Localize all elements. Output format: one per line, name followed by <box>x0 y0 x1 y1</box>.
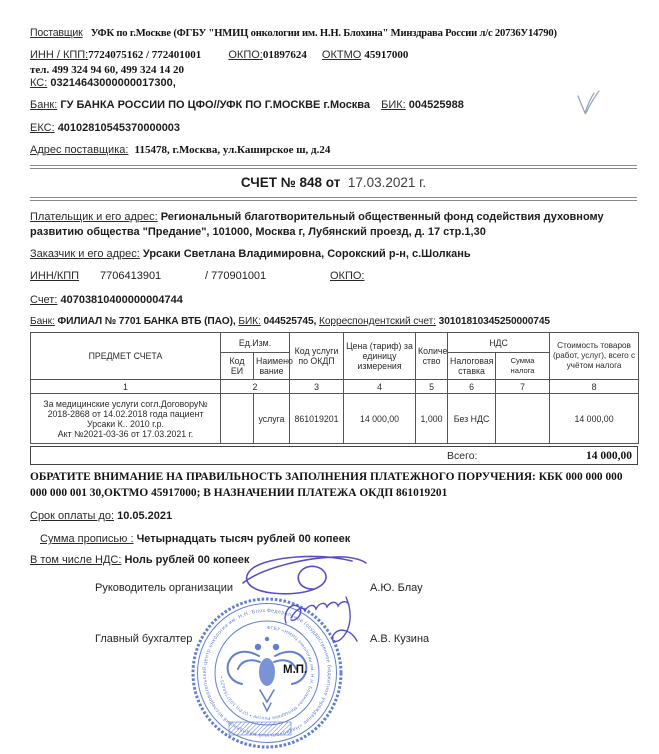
due-date-line: Срок оплаты до: 10.05.2021 <box>30 509 637 523</box>
payer-bank-label: Банк: <box>30 316 55 327</box>
supplier-okpo-label: ОКПО: <box>228 49 262 61</box>
row-subject: За медицинские услуги согл.Договору№ 201… <box>31 394 221 444</box>
payer-account-label: Счет: <box>30 294 57 306</box>
table-row: За медицинские услуги согл.Договору№ 201… <box>31 394 639 444</box>
divider-top <box>30 165 637 169</box>
col-qty-header: Количе ство <box>416 333 448 380</box>
payer-corr-label: Корреспондентский счет: <box>319 316 436 327</box>
customer-line: Заказчик и его адрес: Урсаки Светлана Вл… <box>30 247 637 262</box>
col-cost-header: Стоимость товаров (работ, услуг), всего … <box>550 333 639 380</box>
col-service-code-header: Код услуги по ОКДП <box>290 333 344 380</box>
col-number: 6 <box>448 380 496 394</box>
supplier-ks-value: 03214643000000017300, <box>50 77 175 89</box>
customer-label: Заказчик и его адрес: <box>30 248 140 260</box>
invoice-title-date: 17.03.2021 г. <box>348 175 426 190</box>
supplier-innkpp-label: ИНН / КПП: <box>30 49 88 61</box>
supplier-label: Поставщик <box>30 27 83 39</box>
total-label: Всего: <box>447 450 477 462</box>
total-value: 14 000,00 <box>586 450 632 462</box>
col-vat-rate-header: Налоговая ставка <box>448 353 496 380</box>
supplier-bank-label: Банк: <box>30 99 57 111</box>
supplier-eks-label: ЕКС: <box>30 122 55 134</box>
payer-account-line: Счет: 40703810400000004744 <box>30 293 637 307</box>
col-vat-sum-header: Сумма налога <box>496 353 550 380</box>
supplier-bik-label: БИК: <box>381 99 406 111</box>
eagle-emblem-icon <box>228 637 307 711</box>
col-subject-header: ПРЕДМЕТ СЧЕТА <box>31 333 221 380</box>
accountant-signature-row: Главный бухгалтер А.В. Кузина <box>95 632 637 647</box>
supplier-bik-value: 004525988 <box>409 99 464 111</box>
due-date-value: 10.05.2021 <box>117 510 172 522</box>
accountant-label: Главный бухгалтер <box>95 632 370 647</box>
invoice-title-number: СЧЕТ № 848 от <box>241 175 341 190</box>
total-row: Всего: 14 000,00 <box>30 446 638 465</box>
services-table: ПРЕДМЕТ СЧЕТА Ед.Изм. Код услуги по ОКДП… <box>30 332 639 444</box>
col-number: 5 <box>416 380 448 394</box>
director-name: А.Ю. Блау <box>370 581 423 596</box>
vat-words-value: Ноль рублей 00 копеек <box>124 554 249 566</box>
col-number: 2 <box>221 380 290 394</box>
supplier-bank-value: ГУ БАНКА РОССИИ ПО ЦФО//УФК ПО Г.МОСКВЕ … <box>60 99 370 111</box>
row-vat-rate: Без НДС <box>448 394 496 444</box>
supplier-address-label: Адрес поставщика: <box>30 144 128 156</box>
supplier-oktmo-label: ОКТМО <box>322 49 361 61</box>
col-number: 4 <box>344 380 416 394</box>
supplier-phone: тел. 499 324 94 60, 499 324 14 20 <box>30 64 637 77</box>
amount-words-line: Сумма прописью : Четырнадцать тысяч рубл… <box>40 532 637 546</box>
vat-words-label: В том числе НДС: <box>30 554 121 566</box>
col-number: 1 <box>31 380 221 394</box>
payer-okpo-label: ОКПО: <box>330 269 364 283</box>
supplier-ks-line: КС: 03214643000000017300, <box>30 77 637 90</box>
payer-bank-line: Банк: ФИЛИАЛ № 7701 БАНКА ВТБ (ПАО), БИК… <box>30 315 637 329</box>
supplier-bank-line: Банк: ГУ БАНКА РОССИИ ПО ЦФО//УФК ПО Г.М… <box>30 98 637 112</box>
supplier-address-line: Адрес поставщика: 115478, г.Москва, ул.К… <box>30 143 637 157</box>
director-label: Руководитель организации <box>95 581 370 596</box>
supplier-ks-label: КС: <box>30 77 47 89</box>
payer-bank-value: ФИЛИАЛ № 7701 БАНКА ВТБ (ПАО), <box>58 316 236 327</box>
row-service-code: 861019201 <box>290 394 344 444</box>
supplier-eks-value: 40102810545370000003 <box>58 122 180 134</box>
col-price-header: Цена (тариф) за единицу измерения <box>344 333 416 380</box>
col-number: 3 <box>290 380 344 394</box>
supplier-eks-line: ЕКС: 40102810545370000003 <box>30 121 637 135</box>
payer-account-value: 40703810400000004744 <box>60 294 182 306</box>
row-qty: 1,000 <box>416 394 448 444</box>
supplier-address-value: 115478, г.Москва, ул.Каширское ш, д.24 <box>135 144 331 156</box>
vat-words-line: В том числе НДС: Ноль рублей 00 копеек <box>30 553 637 567</box>
due-date-label: Срок оплаты до: <box>30 510 114 522</box>
row-unit-name: услуга <box>254 394 290 444</box>
supplier-line: Поставщик УФК по г.Москве (ФГБУ "НМИЦ он… <box>30 26 637 41</box>
stamp-place-label: М.П. <box>283 664 307 676</box>
supplier-innkpp-value: 7724075162 / 772401001 <box>88 49 201 61</box>
payer-kpp-value: / 770901001 <box>205 269 317 283</box>
col-number: 8 <box>550 380 639 394</box>
payer-line: Плательщик и его адрес: Региональный бла… <box>30 210 637 240</box>
row-price: 14 000,00 <box>344 394 416 444</box>
col-number: 7 <box>496 380 550 394</box>
accountant-name: А.В. Кузина <box>370 632 429 647</box>
payer-corr-value: 30101810345250000745 <box>439 316 550 327</box>
supplier-ids-line: ИНН / КПП:7724075162 / 772401001 ОКПО:01… <box>30 48 637 62</box>
col-vat-group-header: НДС <box>448 333 550 353</box>
payer-label: Плательщик и его адрес: <box>30 211 158 223</box>
col-unit-name-header: Наимено вание <box>254 353 290 380</box>
supplier-okpo-value: 01897624 <box>263 49 307 61</box>
supplier-oktmo-value: 45917000 <box>364 49 408 61</box>
customer-value: Урсаки Светлана Владимировна, Сорокский … <box>143 248 471 260</box>
payment-warning: ОБРАТИТЕ ВНИМАНИЕ НА ПРАВИЛЬНОСТЬ ЗАПОЛН… <box>30 470 637 501</box>
invoice-title: СЧЕТ № 848 от 17.03.2021 г. <box>30 174 637 192</box>
payer-bik-value: 044525745, <box>263 316 316 327</box>
invoice-content: Поставщик УФК по г.Москве (ФГБУ "НМИЦ он… <box>0 0 659 647</box>
payer-bik-label: БИК: <box>238 316 260 327</box>
amount-words-value: Четырнадцать тысяч рублей 00 копеек <box>137 533 351 545</box>
payer-ids-line: ИНН/КПП 7706413901 / 770901001 ОКПО: <box>30 269 637 283</box>
payer-innkpp-label: ИНН/КПП <box>30 269 100 283</box>
col-unit-code-header: Код ЕИ <box>221 353 254 380</box>
divider-bottom <box>30 197 637 201</box>
col-unit-group-header: Ед.Изм. <box>221 333 290 353</box>
invoice-document: Поставщик УФК по г.Москве (ФГБУ "НМИЦ он… <box>0 0 659 754</box>
row-vat-sum <box>496 394 550 444</box>
row-cost: 14 000,00 <box>550 394 639 444</box>
supplier-name: УФК по г.Москве (ФГБУ "НМИЦ онкологии им… <box>91 28 557 39</box>
amount-words-label: Сумма прописью : <box>40 533 134 545</box>
payer-inn-value: 7706413901 <box>100 269 205 283</box>
row-unit-code <box>221 394 254 444</box>
director-signature-row: Руководитель организации А.Ю. Блау <box>95 581 637 596</box>
stamp-bottom-band <box>229 722 291 735</box>
